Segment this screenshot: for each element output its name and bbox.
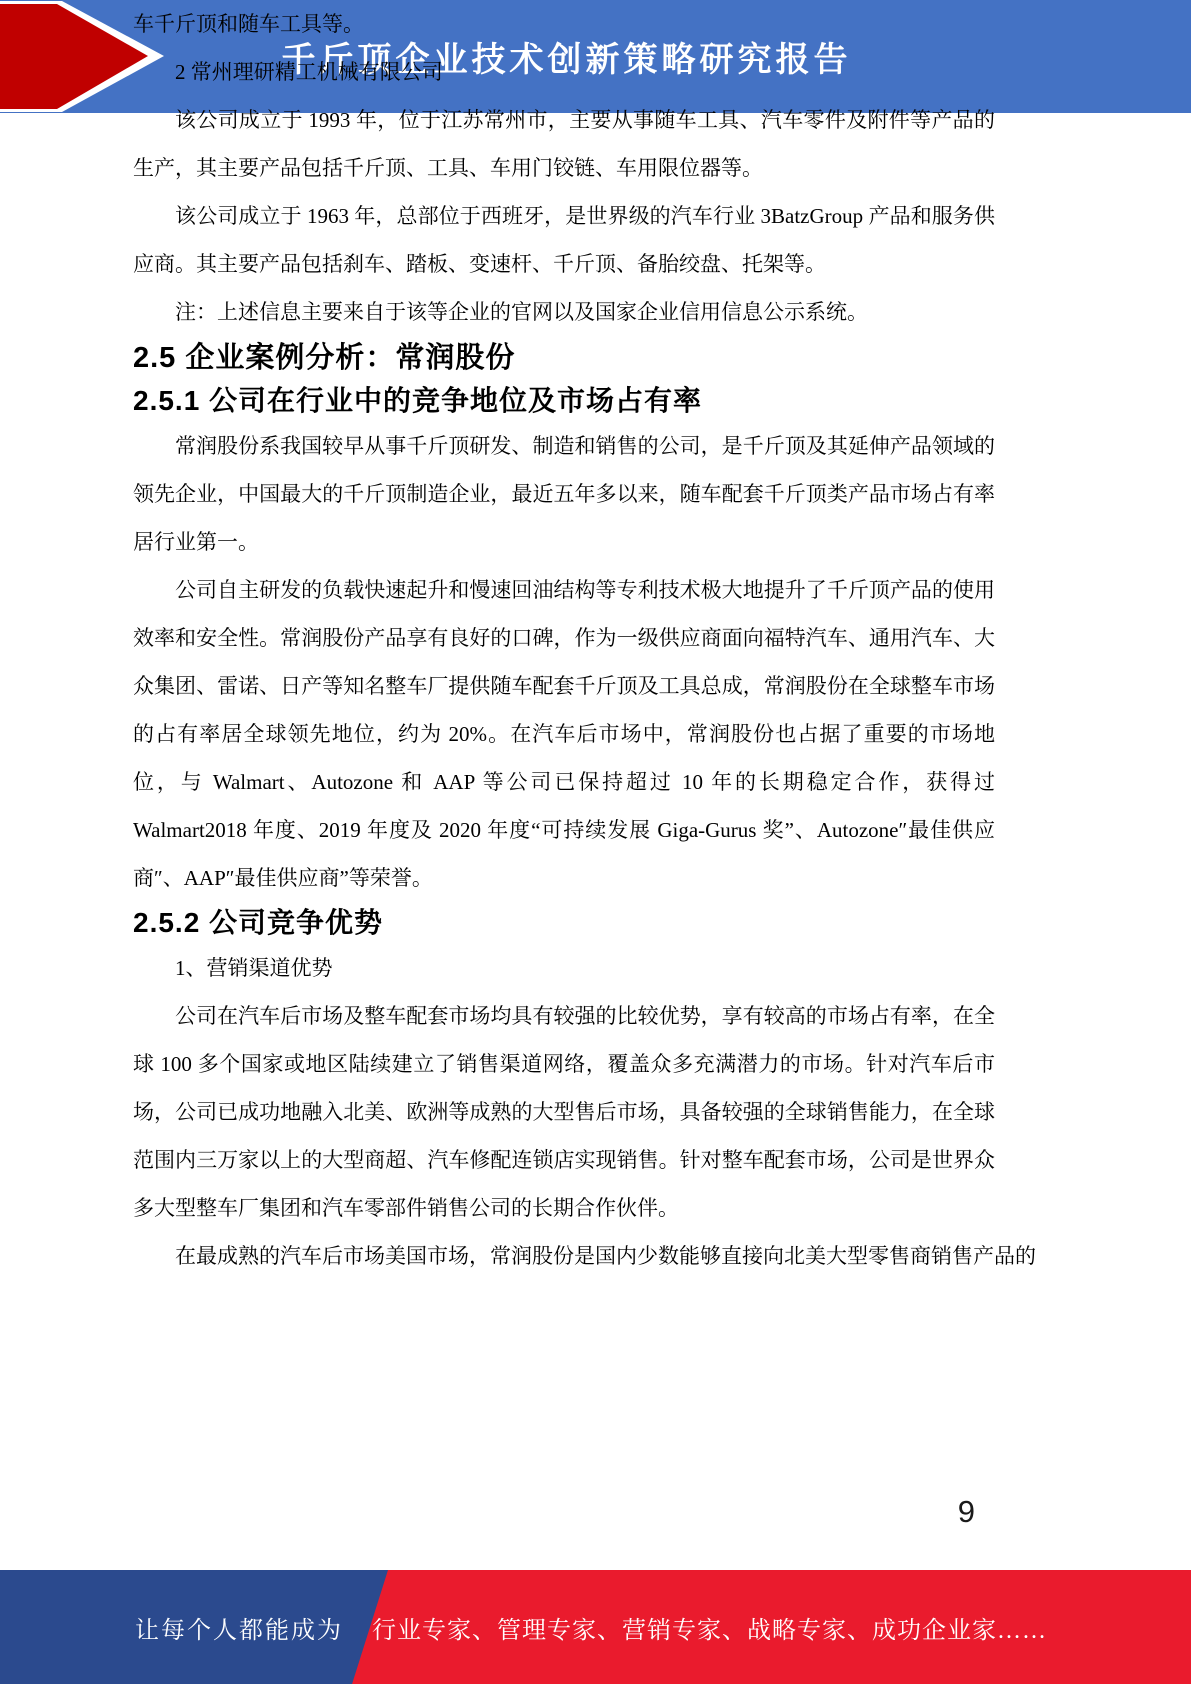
note-source: 注：上述信息主要来自于该等企业的官网以及国家企业信用信息公示系统。	[133, 288, 995, 336]
footer-slogan-right: 行业专家、管理专家、营销专家、战略专家、成功企业家……	[372, 1570, 1047, 1684]
heading-2-5: 2.5 企业案例分析：常润股份	[133, 336, 995, 380]
document-body: 车千斤顶和随车工具等。 2 常州理研精工机械有限公司 该公司成立于 1993 年…	[133, 0, 995, 1280]
paragraph-sales-channel: 公司在汽车后市场及整车配套市场均具有较强的比较优势，享有较高的市场占有率，在全球…	[133, 992, 995, 1232]
page-number: 9	[958, 1492, 975, 1532]
heading-2-5-1: 2.5.1 公司在行业中的竞争地位及市场占有率	[133, 380, 995, 422]
list-item-marketing-channel: 1、营销渠道优势	[133, 944, 995, 992]
list-item-company-2: 2 常州理研精工机械有限公司	[133, 48, 995, 96]
paragraph-company-1963: 该公司成立于 1963 年，总部位于西班牙，是世界级的汽车行业 3BatzGro…	[133, 192, 995, 288]
paragraph-company-1993: 该公司成立于 1993 年，位于江苏常州市，主要从事随车工具、汽车零件及附件等产…	[133, 96, 995, 192]
paragraph-patent-tech: 公司自主研发的负载快速起升和慢速回油结构等专利技术极大地提升了千斤顶产品的使用效…	[133, 566, 995, 902]
footer-slogan-left: 让每个人都能成为	[135, 1570, 343, 1684]
report-page: 千斤顶企业技术创新策略研究报告 车千斤顶和随车工具等。 2 常州理研精工机械有限…	[0, 0, 1191, 1684]
paragraph-market-position: 常润股份系我国较早从事千斤顶研发、制造和销售的公司，是千斤顶及其延伸产品领域的领…	[133, 422, 995, 566]
paragraph-us-market: 在最成熟的汽车后市场美国市场，常润股份是国内少数能够直接向北美大型零售商销售产品…	[133, 1232, 995, 1280]
page-footer: 让每个人都能成为 行业专家、管理专家、营销专家、战略专家、成功企业家……	[0, 1570, 1191, 1684]
heading-2-5-2: 2.5.2 公司竞争优势	[133, 902, 995, 944]
paragraph-tail-line: 车千斤顶和随车工具等。	[133, 0, 995, 48]
